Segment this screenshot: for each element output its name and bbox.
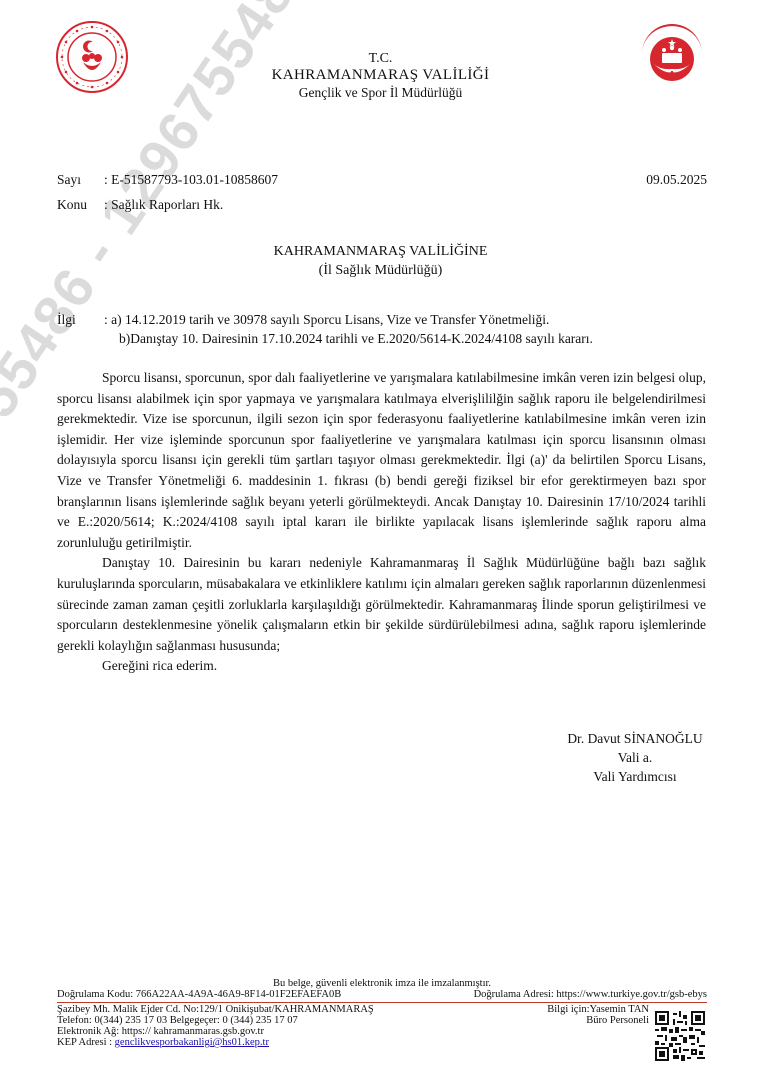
header-tc: T.C.	[0, 50, 761, 67]
sayi-value: : E-51587793-103.01-10858607	[104, 167, 646, 192]
website: Elektronik Ağ: https:// kahramanmaras.gs…	[57, 1026, 707, 1037]
qr-code	[655, 1011, 705, 1061]
footer-divider	[57, 1002, 707, 1003]
konu-label: Konu	[57, 192, 104, 217]
ilgi-label: İlgi	[57, 310, 104, 329]
document-date: 09.05.2025	[646, 167, 707, 192]
paragraph-closing: Gereğini rica ederim.	[57, 656, 706, 677]
signatory-name: Dr. Davut SİNANOĞLU	[520, 729, 750, 748]
konu-row: Konu : Sağlık Raporları Hk.	[57, 192, 707, 217]
addressee: KAHRAMANMARAŞ VALİLİĞİNE (İl Sağlık Müdü…	[0, 242, 761, 280]
address-row: Şazibey Mh. Malik Ejder Cd. No:129/1 Oni…	[57, 1004, 707, 1015]
references: İlgi : a) 14.12.2019 tarih ve 30978 sayı…	[57, 310, 717, 348]
footer: Bu belge, güvenli elektronik imza ile im…	[57, 978, 707, 1048]
paragraph-2: Danıştay 10. Dairesinin bu kararı nedeni…	[57, 553, 706, 656]
verification-address: Doğrulama Adresi: https://www.turkiye.go…	[474, 989, 707, 1000]
kep-email-link[interactable]: genclikvesporbakanligi@hs01.kep.tr	[115, 1037, 269, 1048]
reference-b: b)Danıştay 10. Dairesinin 17.10.2024 tar…	[57, 329, 717, 348]
qr-code-icon	[655, 1011, 705, 1061]
header-governorship: KAHRAMANMARAŞ VALİLİĞİ	[0, 67, 761, 84]
info-contact: Bilgi için:Yasemin TAN	[547, 1004, 649, 1015]
addressee-line2: (İl Sağlık Müdürlüğü)	[0, 261, 761, 280]
verification-row: Doğrulama Kodu: 766A22AA-4A9A-46A9-8F14-…	[57, 989, 707, 1000]
kep-label: KEP Adresi :	[57, 1037, 115, 1048]
reference-a-row: İlgi : a) 14.12.2019 tarih ve 30978 sayı…	[57, 310, 717, 329]
letterhead: T.C. KAHRAMANMARAŞ VALİLİĞİ Gençlik ve S…	[0, 50, 761, 101]
signatory-title: Vali Yardımcısı	[520, 767, 750, 786]
konu-value: : Sağlık Raporları Hk.	[104, 192, 707, 217]
sayi-row: Sayı : E-51587793-103.01-10858607 09.05.…	[57, 167, 707, 192]
reference-a: : a) 14.12.2019 tarih ve 30978 sayılı Sp…	[104, 310, 717, 329]
letter-body: Sporcu lisansı, sporcunun, spor dalı faa…	[57, 368, 706, 677]
info-title: Büro Personeli	[586, 1015, 649, 1026]
kep-row: KEP Adresi : genclikvesporbakanligi@hs01…	[57, 1037, 707, 1048]
sayi-label: Sayı	[57, 167, 104, 192]
header-directorate: Gençlik ve Spor İl Müdürlüğü	[0, 84, 761, 101]
verification-code: Doğrulama Kodu: 766A22AA-4A9A-46A9-8F14-…	[57, 989, 341, 1000]
postal-address: Şazibey Mh. Malik Ejder Cd. No:129/1 Oni…	[57, 1004, 374, 1015]
addressee-line1: KAHRAMANMARAŞ VALİLİĞİNE	[0, 242, 761, 261]
signatory-on-behalf: Vali a.	[520, 748, 750, 767]
phone-fax: Telefon: 0(344) 235 17 03 Belgegeçer: 0 …	[57, 1015, 298, 1026]
esign-note: Bu belge, güvenli elektronik imza ile im…	[57, 978, 707, 989]
phone-row: Telefon: 0(344) 235 17 03 Belgegeçer: 0 …	[57, 1015, 707, 1026]
signature-block: Dr. Davut SİNANOĞLU Vali a. Vali Yardımc…	[520, 729, 750, 786]
paragraph-1: Sporcu lisansı, sporcunun, spor dalı faa…	[57, 368, 706, 553]
document-meta: Sayı : E-51587793-103.01-10858607 09.05.…	[57, 167, 707, 217]
